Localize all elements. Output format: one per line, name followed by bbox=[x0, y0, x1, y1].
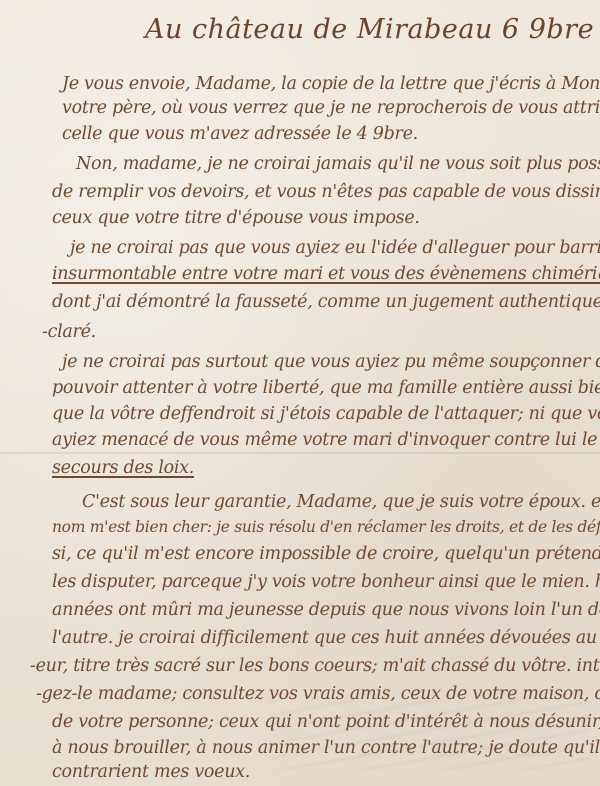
text-line: les disputer, parceque j'y vois votre bo… bbox=[52, 572, 600, 592]
text-line: si, ce qu'il m'est encore impossible de … bbox=[52, 544, 600, 564]
text-line: pouvoir attenter à votre liberté, que ma… bbox=[52, 378, 600, 398]
text-line: que la vôtre deffendroit si j'étois capa… bbox=[52, 404, 600, 424]
text-line: à nous brouiller, à nous animer l'un con… bbox=[52, 738, 600, 758]
text-line: de remplir vos devoirs, et vous n'êtes p… bbox=[52, 182, 600, 202]
text-line: ceux que votre titre d'épouse vous impos… bbox=[52, 208, 420, 228]
text-line: années ont mûri ma jeunesse depuis que n… bbox=[52, 600, 600, 620]
letter-page: Au château de Mirabeau 6 9bre 1782 Je vo… bbox=[0, 0, 600, 786]
text-line: C'est sous leur garantie, Madame, que je… bbox=[82, 492, 600, 512]
ink-bleed-through bbox=[270, 700, 590, 770]
text-line: -gez-le madame; consultez vos vrais amis… bbox=[36, 684, 600, 704]
text-line: je ne croirai pas que vous ayiez eu l'id… bbox=[70, 238, 600, 258]
letter-heading-place-date: Au château de Mirabeau 6 9bre 1782 bbox=[145, 14, 600, 45]
text-line: de votre personne; ceux qui n'ont point … bbox=[52, 712, 600, 732]
text-line: nom m'est bien cher: je suis résolu d'en… bbox=[52, 518, 600, 536]
text-line: dont j'ai démontré la fausseté, comme un… bbox=[52, 292, 600, 312]
text-line: Non, madame, je ne croirai jamais qu'il … bbox=[76, 154, 600, 174]
text-line: -claré. bbox=[42, 322, 96, 342]
paper-fold-crease bbox=[0, 452, 600, 454]
text-line: secours des loix. bbox=[52, 458, 194, 478]
text-line: Je vous envoie, Madame, la copie de la l… bbox=[62, 74, 600, 94]
text-line: je ne croirai pas surtout que vous ayiez… bbox=[62, 352, 600, 372]
text-line: contrarient mes voeux. bbox=[52, 762, 250, 782]
text-line: celle que vous m'avez adressée le 4 9bre… bbox=[62, 124, 418, 144]
text-line: insurmontable entre votre mari et vous d… bbox=[52, 264, 600, 284]
text-line: votre père, où vous verrez que je ne rep… bbox=[62, 98, 600, 118]
text-line: -eur, titre très sacré sur les bons coeu… bbox=[30, 656, 600, 676]
text-line: ayiez menacé de vous même votre mari d'i… bbox=[52, 430, 597, 450]
text-line: l'autre. je croirai difficilement que ce… bbox=[52, 628, 600, 648]
